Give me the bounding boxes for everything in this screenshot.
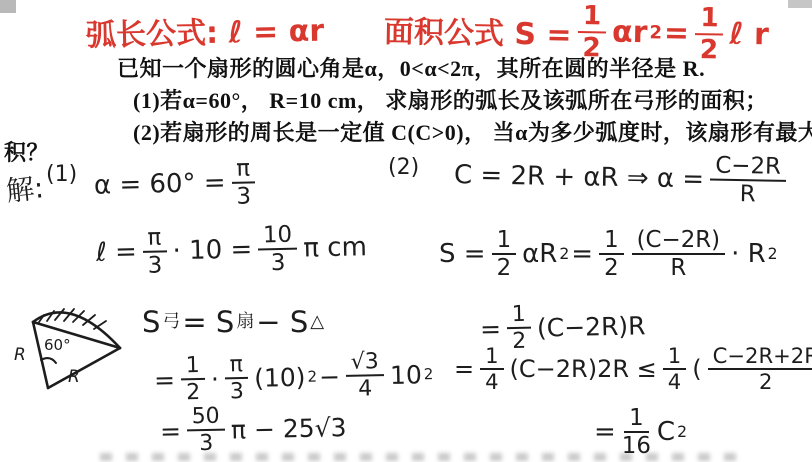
perimeter-equation: C = 2R + αR ⇒ α =C−2RR <box>452 149 791 207</box>
max-area-result: =116C2 <box>592 406 687 458</box>
part1-label: (1) <box>46 162 77 187</box>
arc-length-formula: 弧长公式: ℓ = αr <box>84 5 327 54</box>
problem-line-1: 已知一个扇形的圆心角是α，0<α<2π，其所在圆的半径是 R. <box>117 52 705 83</box>
sector-diagram: 60° R R <box>10 294 144 402</box>
right-radius-label: R <box>68 367 80 387</box>
area-substitution: S =12αR2=12(C−2R)R· R2 <box>437 228 778 280</box>
problem-line-3: (2)若扇形的周长是一定值 C(C>0)， 当α为多少弧度时，该扇形有最大面 <box>133 116 812 147</box>
part1-arc-length-line: ℓ =π3· 10 =103π cm <box>93 221 369 279</box>
scan-artifact-top-right <box>788 0 812 8</box>
segment-area-equation: S弓= S扇− S△ <box>140 305 324 339</box>
problem-line-2: (1)若α=60°， R=10 cm， 求扇形的弧长及该弧所在弓形的面积； <box>133 84 768 115</box>
part2-label: (2) <box>388 155 419 180</box>
angle-label: 60° <box>44 336 71 354</box>
scan-artifact-top-left <box>0 0 16 13</box>
left-radius-line <box>33 322 48 388</box>
problem-line-4: 积？ <box>4 136 49 167</box>
segment-area-substitution: =12·π3(10)2−√34102 <box>152 349 434 405</box>
left-radius-label: R <box>14 345 26 365</box>
solution-jie-label: 解: <box>4 166 45 210</box>
right-radius-line <box>48 348 120 388</box>
segment-area-result: =503π − 25√3 <box>157 402 349 456</box>
am-gm-inequality-step: =14(C−2R)2R ≤14(C−2R+2R2)2 <box>452 345 812 393</box>
part1-alpha-line: α = 60° =π3 <box>91 156 259 212</box>
lesson-page: 弧长公式: ℓ = αr 面积公式 S =12αr2=12ℓ r 已知一个扇形的… <box>0 0 812 462</box>
